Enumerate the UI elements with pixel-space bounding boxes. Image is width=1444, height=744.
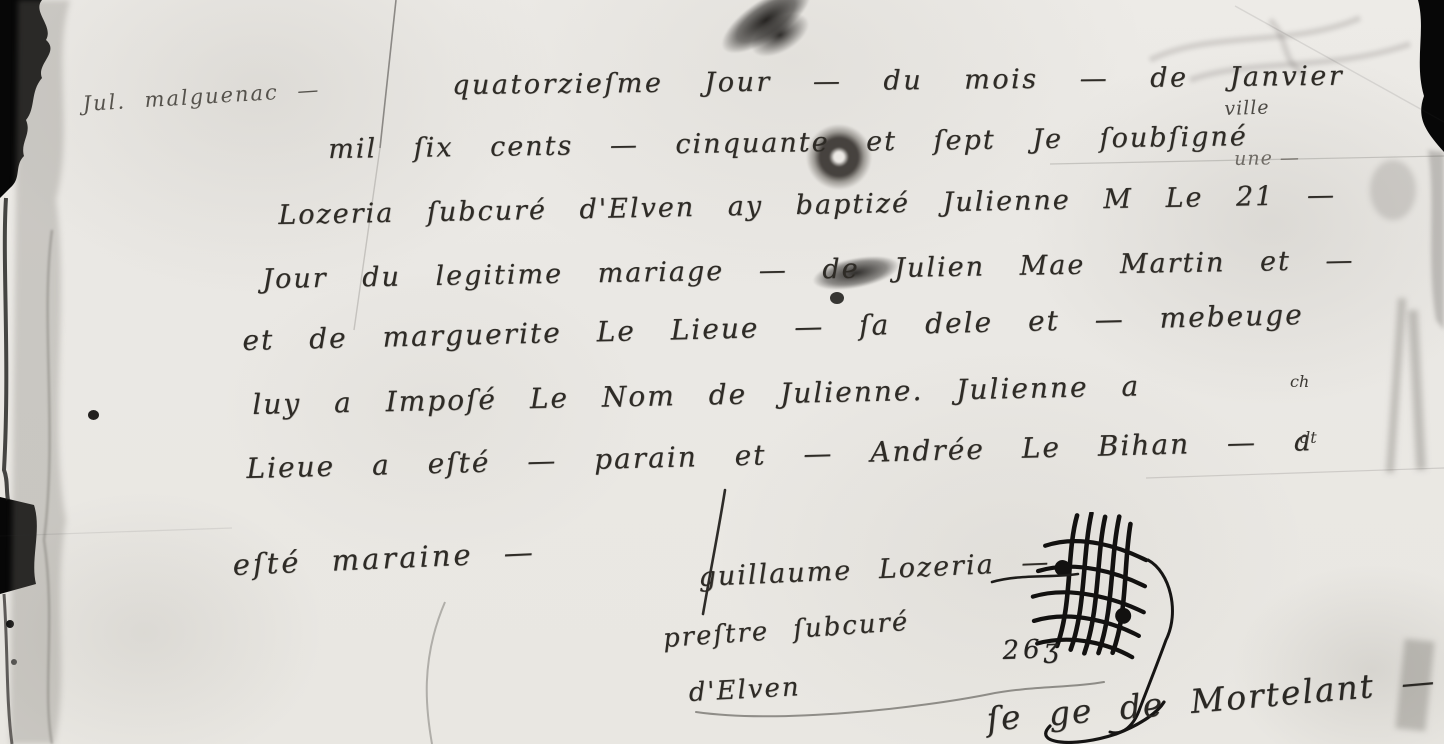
superscript-line-7: dt	[1300, 428, 1317, 447]
signature-title: preſtre ſubcuré	[662, 607, 910, 654]
right-stain-streak	[1386, 298, 1406, 473]
superscript-line-6: ch	[1290, 372, 1309, 391]
record-line-2: mil ſix cents — cinquante et ſept Je ſou…	[328, 121, 1248, 165]
record-line-4: Jour du legitime mariage — de Julien Mae…	[262, 245, 1355, 295]
margin-note: Jul. malguenac —	[82, 77, 321, 115]
ink-dot	[830, 292, 844, 304]
signature-name: guillaume Lozeria —	[698, 547, 1051, 593]
interlineation-une: une —	[1234, 147, 1300, 170]
record-line-7: Lieue a eſté — parain et — Andrée Le Bih…	[246, 424, 1313, 485]
signature-place: d'Elven	[688, 672, 801, 708]
page-edge-right	[1384, 0, 1444, 744]
next-record-fragment: ſe ge de Mortelant —	[985, 661, 1438, 739]
slash-stroke	[695, 488, 735, 618]
ink-blot-top	[712, 0, 821, 66]
record-line-6: luy a Impoſé Le Nom de Julienne. Julienn…	[252, 369, 1140, 421]
manuscript-page: Jul. malguenac — quatorzieſme Jour — du …	[0, 0, 1444, 744]
ink-blot-top	[744, 4, 816, 65]
record-line-8: eſté maraine —	[232, 535, 536, 582]
right-corner-smudge	[1370, 160, 1416, 220]
right-stain-streak	[1408, 310, 1426, 470]
record-line-3: Lozeria ſubcuré d'Elven ay baptizé Julie…	[278, 180, 1336, 231]
record-line-5: et de marguerite Le Lieue — ſa dele et —…	[242, 298, 1304, 357]
interlineation-ville: ville	[1224, 96, 1270, 120]
record-line-1: quatorzieſme Jour — du mois — de Janvier	[452, 61, 1344, 101]
paraph-mark: 26ʒ	[1002, 634, 1063, 666]
ink-dot-left	[88, 410, 99, 420]
